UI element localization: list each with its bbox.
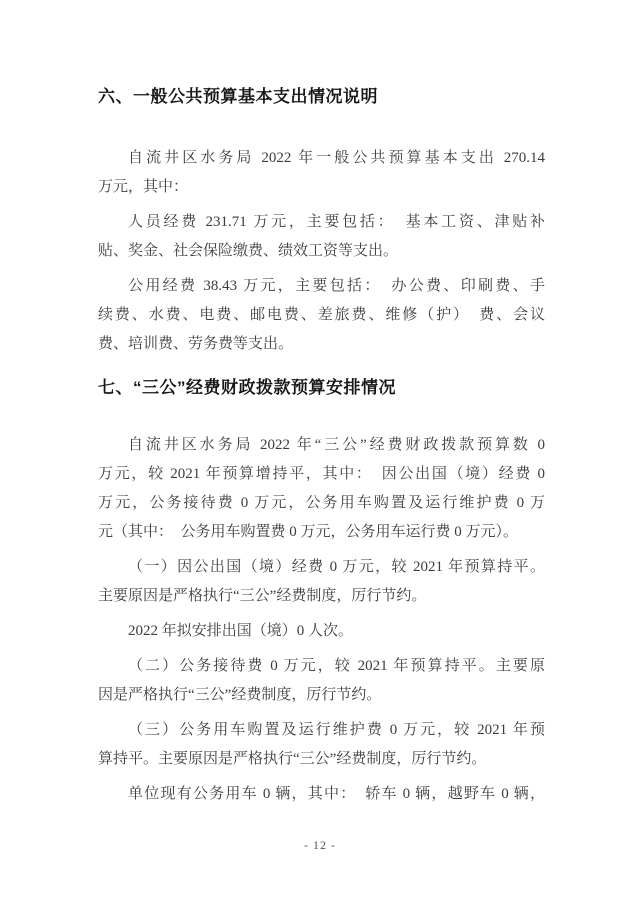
paragraph-basic-expenditure-total: 自流井区水务局 2022 年一般公共预算基本支出 270.14 万元，其中： — [98, 144, 545, 202]
paragraph-vehicle-funds: （三）公务用车购置及运行维护费 0 万元，较 2021 年预 算持平。主要原因是… — [98, 716, 545, 774]
document-page: 六、一般公共预算基本支出情况说明 自流井区水务局 2022 年一般公共预算基本支… — [0, 0, 640, 905]
text-line: 万元，较 2021 年预算增持平，其中： 因公出国（境）经费 0 — [98, 460, 545, 489]
paragraph-reception-funds: （二）公务接待费 0 万元，较 2021 年预算持平。主要原 因是严格执行“三公… — [98, 652, 545, 710]
text-line: （三）公务用车购置及运行维护费 0 万元，较 2021 年预 — [98, 716, 545, 745]
paragraph-abroad-trips: 2022 年拟安排出国（境）0 人次。 — [98, 617, 545, 646]
text-line: 主要原因是严格执行“三公”经费制度，厉行节约。 — [98, 582, 545, 611]
section-heading-6: 六、一般公共预算基本支出情况说明 — [98, 84, 545, 110]
text-line: 贴、奖金、社会保险缴费、绩效工资等支出。 — [98, 237, 545, 266]
document-content: 六、一般公共预算基本支出情况说明 自流井区水务局 2022 年一般公共预算基本支… — [98, 84, 545, 815]
text-line: 单位现有公务用车 0 辆，其中： 轿车 0 辆，越野车 0 辆， — [98, 780, 545, 809]
text-line: （一）因公出国（境）经费 0 万元，较 2021 年预算持平。 — [98, 553, 545, 582]
paragraph-public-funds: 公用经费 38.43 万元，主要包括： 办公费、印刷费、手 续费、水费、电费、邮… — [98, 272, 545, 359]
text-line: 自流井区水务局 2022 年一般公共预算基本支出 270.14 — [98, 144, 545, 173]
text-line: 2022 年拟安排出国（境）0 人次。 — [98, 617, 545, 646]
paragraph-existing-vehicles: 单位现有公务用车 0 辆，其中： 轿车 0 辆，越野车 0 辆， — [98, 780, 545, 809]
paragraph-three-public-total: 自流井区水务局 2022 年“三公”经费财政拨款预算数 0 万元，较 2021 … — [98, 431, 545, 547]
text-line: 万元，公务接待费 0 万元，公务用车购置及运行维护费 0 万 — [98, 489, 545, 518]
text-line: 续费、水费、电费、邮电费、差旅费、维修（护） 费、会议 — [98, 301, 545, 330]
text-line: （二）公务接待费 0 万元，较 2021 年预算持平。主要原 — [98, 652, 545, 681]
page-number: - 12 - — [0, 838, 640, 853]
section-heading-7: 七、“三公”经费财政拨款预算安排情况 — [98, 375, 545, 401]
paragraph-personnel-funds: 人员经费 231.71 万元，主要包括： 基本工资、津贴补 贴、奖金、社会保险缴… — [98, 208, 545, 266]
text-line: 万元，其中： — [98, 173, 545, 202]
text-line: 公用经费 38.43 万元，主要包括： 办公费、印刷费、手 — [98, 272, 545, 301]
text-line: 元（其中： 公务用车购置费 0 万元，公务用车运行费 0 万元）。 — [98, 518, 545, 547]
text-line: 算持平。主要原因是严格执行“三公”经费制度，厉行节约。 — [98, 745, 545, 774]
text-line: 因是严格执行“三公”经费制度，厉行节约。 — [98, 681, 545, 710]
paragraph-abroad-funds: （一）因公出国（境）经费 0 万元，较 2021 年预算持平。 主要原因是严格执… — [98, 553, 545, 611]
text-line: 自流井区水务局 2022 年“三公”经费财政拨款预算数 0 — [98, 431, 545, 460]
text-line: 人员经费 231.71 万元，主要包括： 基本工资、津贴补 — [98, 208, 545, 237]
text-line: 费、培训费、劳务费等支出。 — [98, 330, 545, 359]
